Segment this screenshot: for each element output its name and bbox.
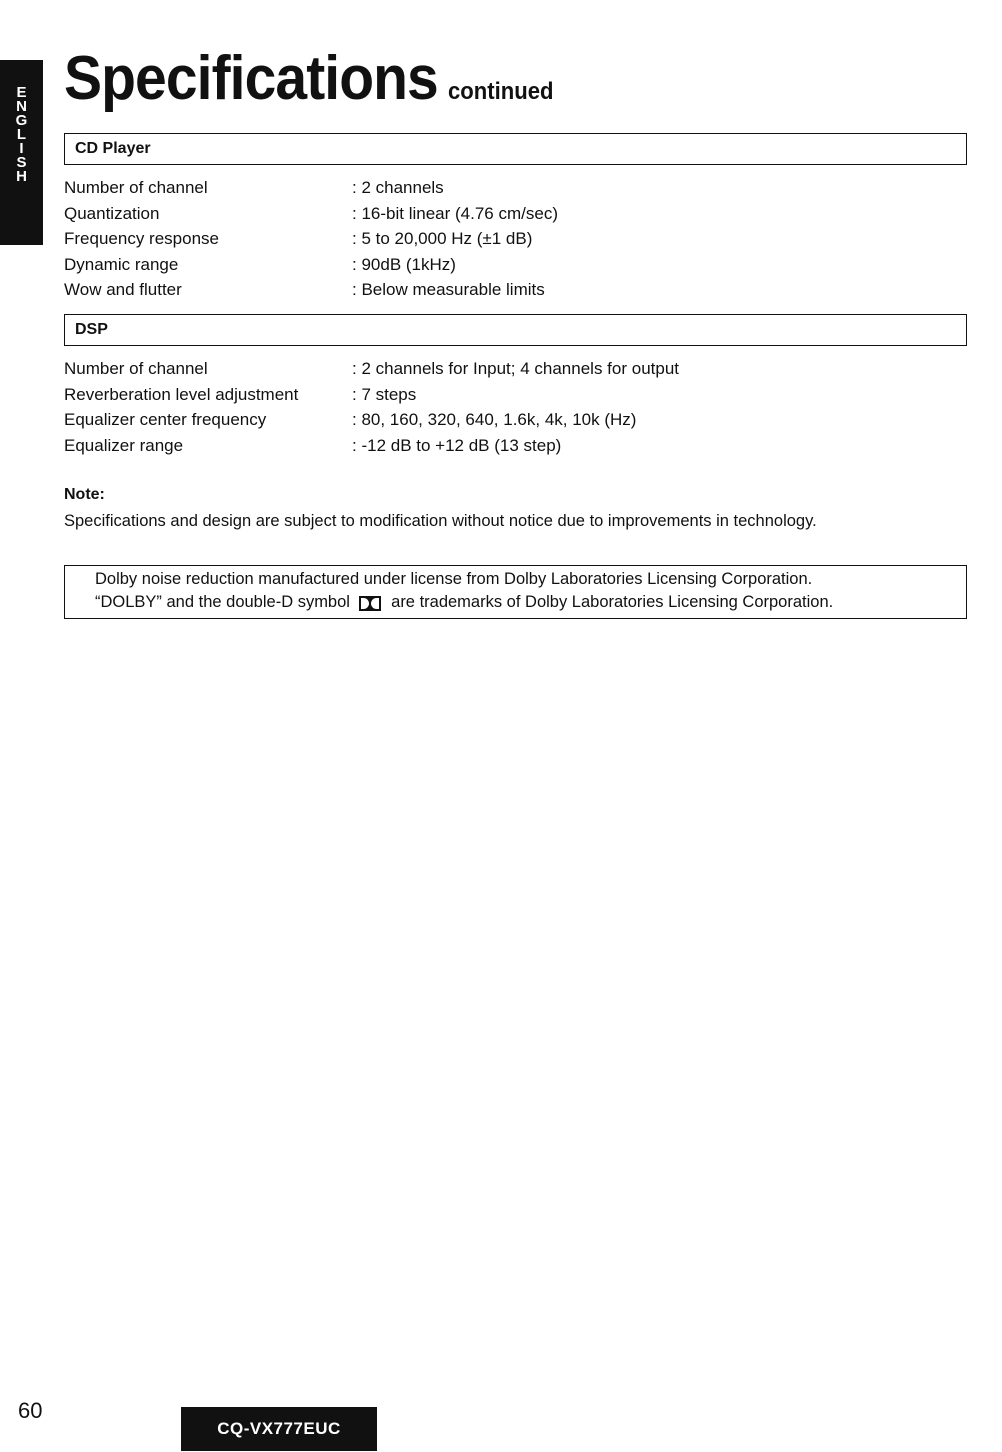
dolby-line-2: “DOLBY” and the double-D symbol are trad…: [95, 591, 966, 614]
dolby-line-1: Dolby noise reduction manufactured under…: [95, 568, 966, 591]
spec-value: 7 steps: [352, 382, 416, 408]
page-header: Specifications continued: [64, 44, 563, 114]
language-letter: H: [16, 170, 27, 184]
spec-row: Equalizer range-12 dB to +12 dB (13 step…: [64, 433, 679, 459]
spec-row: Number of channel2 channels: [64, 175, 558, 201]
spec-value: -12 dB to +12 dB (13 step): [352, 433, 561, 459]
section-heading-cd-player: CD Player: [64, 133, 967, 165]
spec-label: Equalizer range: [64, 433, 352, 459]
spec-label: Equalizer center frequency: [64, 407, 352, 433]
spec-list-cd-player: Number of channel2 channels Quantization…: [64, 175, 558, 303]
spec-value: 2 channels: [352, 175, 444, 201]
spec-row: Reverberation level adjustment7 steps: [64, 382, 679, 408]
spec-value: 80, 160, 320, 640, 1.6k, 4k, 10k (Hz): [352, 407, 636, 433]
dolby-line-2-before: “DOLBY” and the double-D symbol: [95, 593, 350, 611]
dolby-notice: Dolby noise reduction manufactured under…: [64, 565, 967, 619]
spec-value: 5 to 20,000 Hz (±1 dB): [352, 226, 532, 252]
spec-value: 2 channels for Input; 4 channels for out…: [352, 356, 679, 382]
section-heading-dsp: DSP: [64, 314, 967, 346]
spec-list-dsp: Number of channel2 channels for Input; 4…: [64, 356, 679, 458]
spec-label: Quantization: [64, 201, 352, 227]
spec-label: Wow and flutter: [64, 277, 352, 303]
note-text: Specifications and design are subject to…: [64, 512, 817, 531]
spec-row: Dynamic range90dB (1kHz): [64, 252, 558, 278]
spec-row: Quantization16-bit linear (4.76 cm/sec): [64, 201, 558, 227]
page-number: 60: [18, 1398, 42, 1424]
spec-row: Equalizer center frequency80, 160, 320, …: [64, 407, 679, 433]
language-tab: E N G L I S H: [0, 60, 43, 245]
spec-row: Number of channel2 channels for Input; 4…: [64, 356, 679, 382]
spec-value: Below measurable limits: [352, 277, 545, 303]
page-title: Specifications: [64, 44, 438, 114]
model-badge: CQ-VX777EUC: [181, 1407, 377, 1451]
spec-value: 16-bit linear (4.76 cm/sec): [352, 201, 558, 227]
spec-label: Frequency response: [64, 226, 352, 252]
dolby-line-2-after: are trademarks of Dolby Laboratories Lic…: [391, 593, 833, 611]
dolby-double-d-icon: [359, 596, 381, 611]
spec-label: Number of channel: [64, 356, 352, 382]
spec-label: Reverberation level adjustment: [64, 382, 352, 408]
spec-row: Wow and flutterBelow measurable limits: [64, 277, 558, 303]
spec-value: 90dB (1kHz): [352, 252, 456, 278]
spec-label: Number of channel: [64, 175, 352, 201]
spec-label: Dynamic range: [64, 252, 352, 278]
note-title: Note:: [64, 486, 105, 504]
page-subtitle: continued: [448, 78, 553, 106]
spec-row: Frequency response5 to 20,000 Hz (±1 dB): [64, 226, 558, 252]
